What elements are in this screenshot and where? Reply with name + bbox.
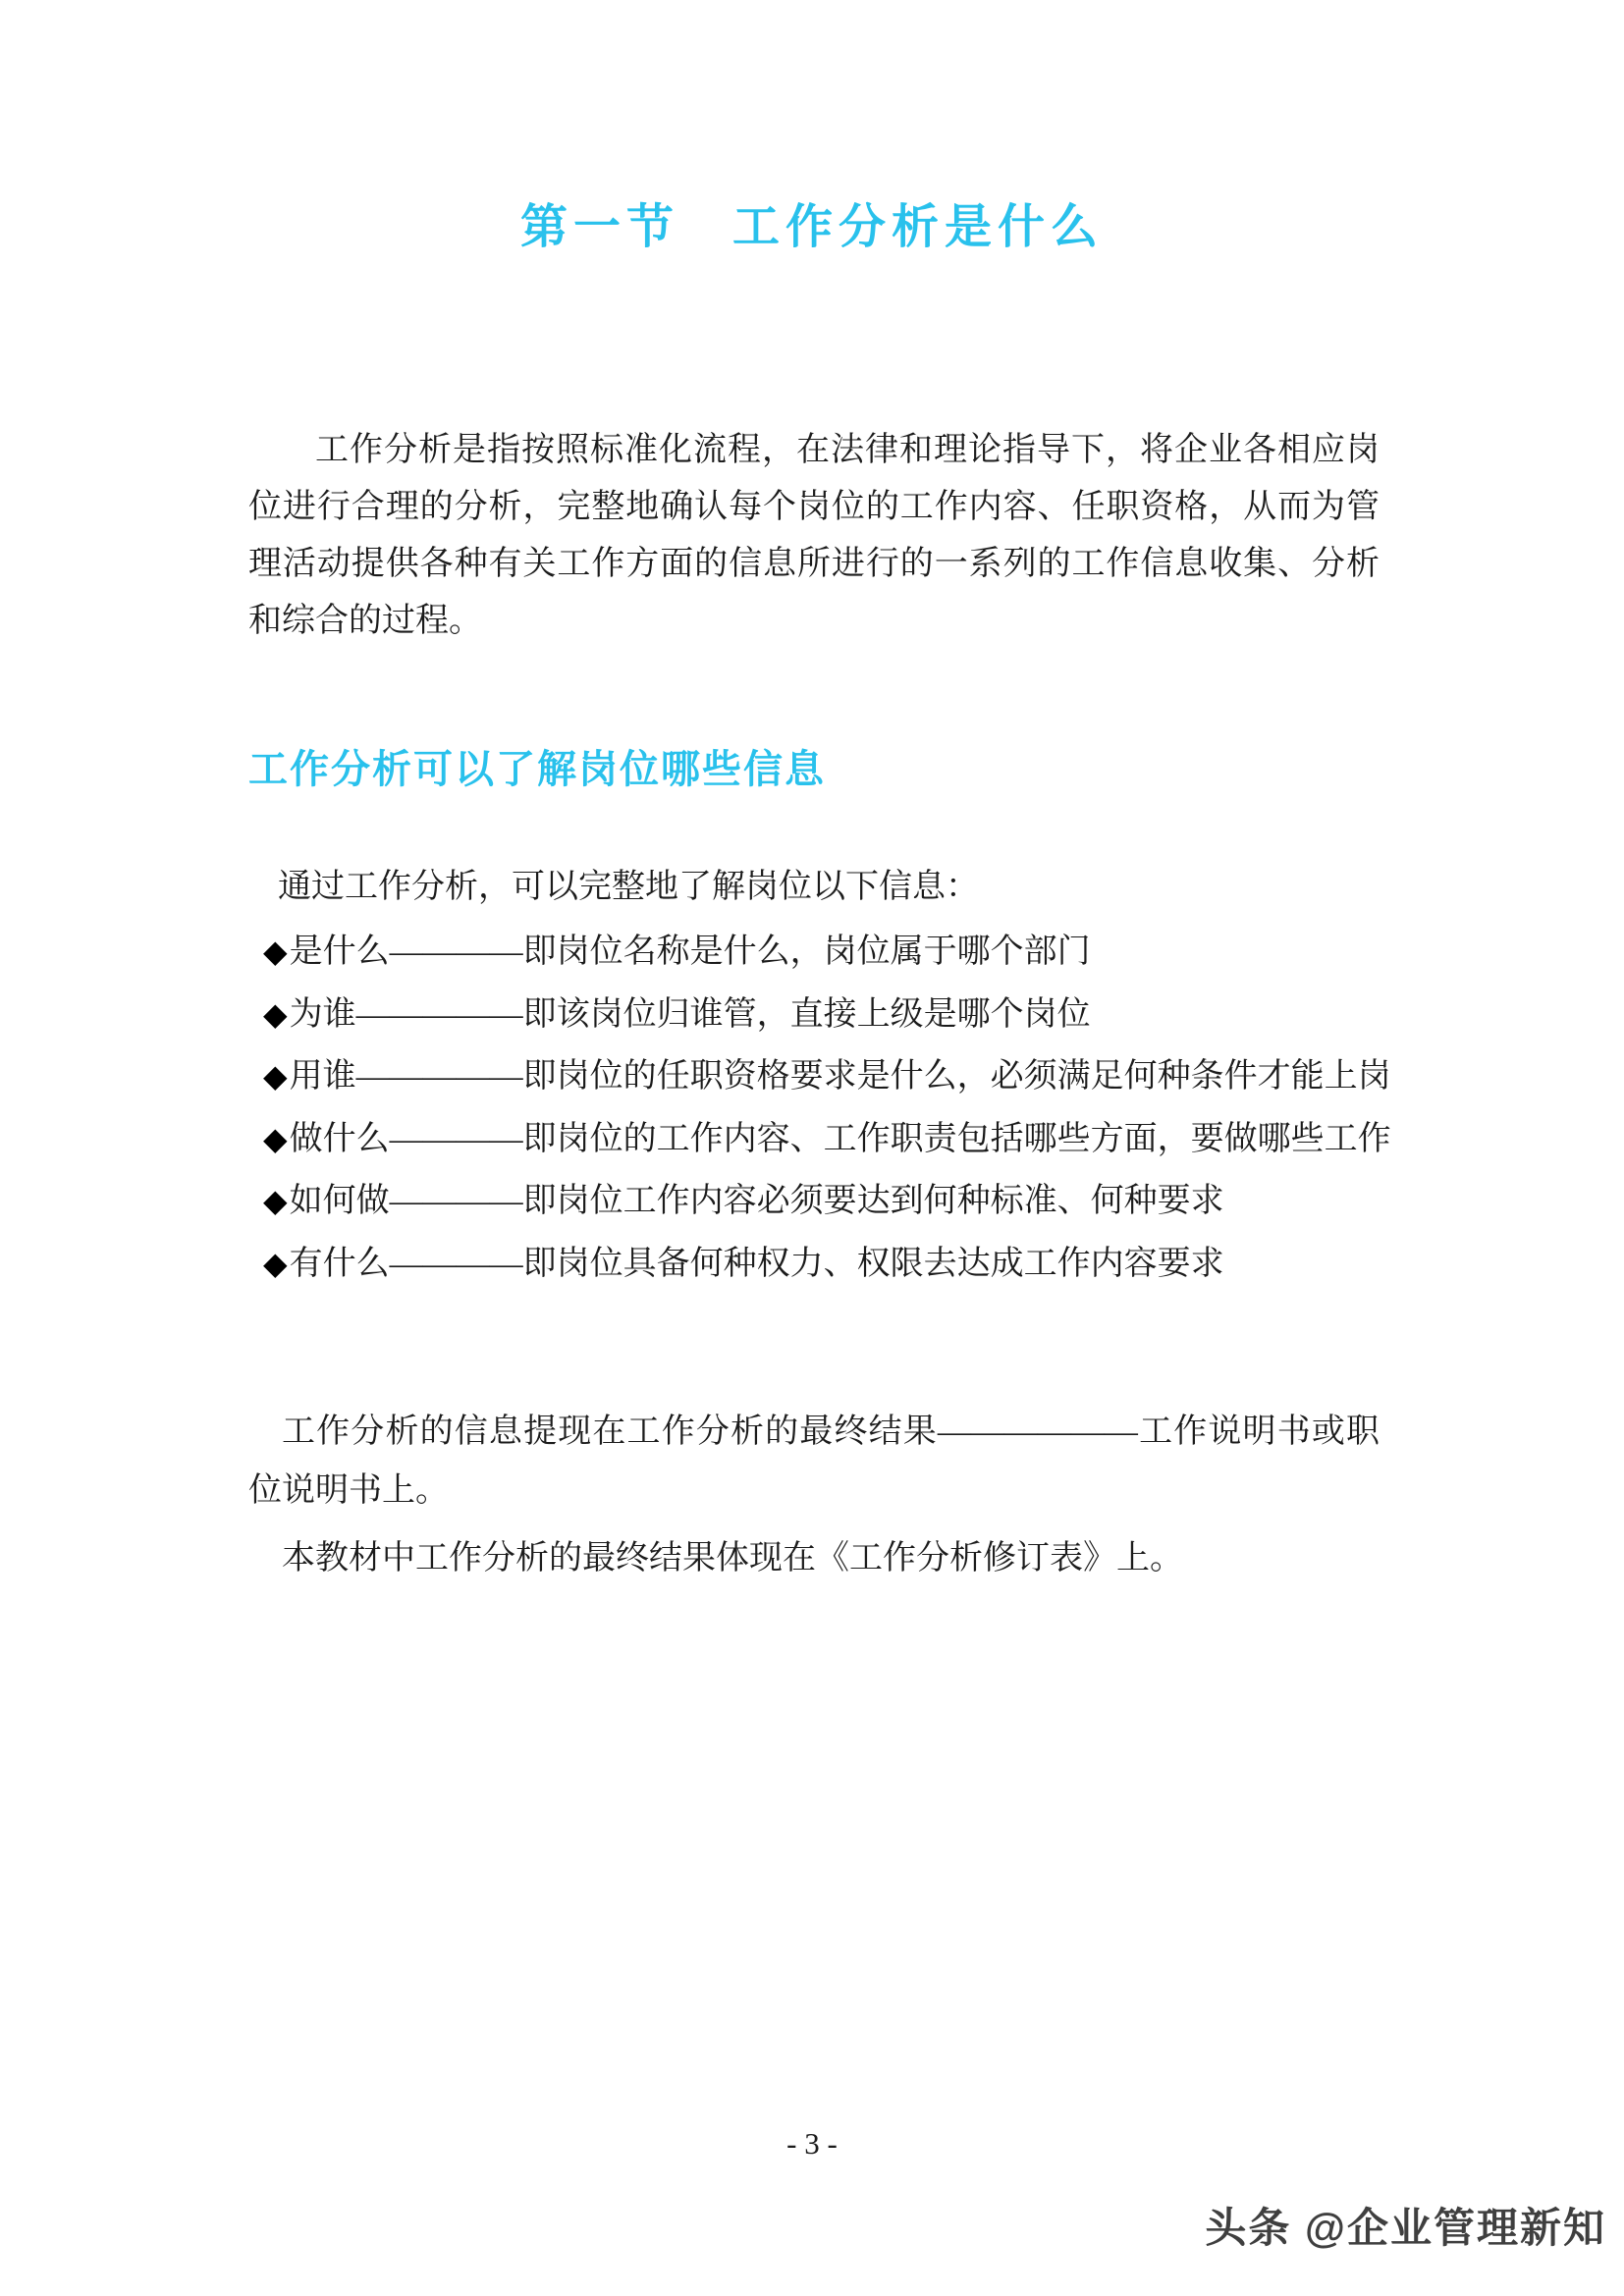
- list-item: ◆做什么————即岗位的工作内容、工作职责包括哪些方面，要做哪些工作: [263, 1108, 1441, 1171]
- document-page: 第一节 工作分析是什么 工作分析是指按照标准化流程，在法律和理论指导下，将企业各…: [0, 0, 1624, 2296]
- list-item: ◆有什么————即岗位具备何种权力、权限去达成工作内容要求: [263, 1233, 1441, 1296]
- diamond-bullet-icon: ◆: [263, 1045, 288, 1108]
- closing-paragraph-1: 工作分析的信息提现在工作分析的最终结果——————工作说明书或职位说明书上。: [248, 1403, 1380, 1521]
- bullet-list: ◆是什么————即岗位名称是什么，岗位属于哪个部门 ◆为谁—————即该岗位归谁…: [263, 921, 1441, 1295]
- list-item: ◆是什么————即岗位名称是什么，岗位属于哪个部门: [263, 921, 1441, 984]
- diamond-bullet-icon: ◆: [263, 1170, 288, 1233]
- watermark: 头条 @企业管理新知: [1205, 2206, 1606, 2251]
- bullet-text: 为谁—————即该岗位归谁管，直接上级是哪个岗位: [290, 996, 1091, 1033]
- bullet-text: 用谁—————即岗位的任职资格要求是什么，必须满足何种条件才能上岗: [290, 1058, 1391, 1095]
- bullet-text: 有什么————即岗位具备何种权力、权限去达成工作内容要求: [290, 1246, 1224, 1282]
- bullet-text: 如何做————即岗位工作内容必须要达到何种标准、何种要求: [290, 1183, 1224, 1219]
- diamond-bullet-icon: ◆: [263, 1108, 288, 1171]
- bullet-text: 做什么————即岗位的工作内容、工作职责包括哪些方面，要做哪些工作: [290, 1121, 1391, 1157]
- list-item: ◆为谁—————即该岗位归谁管，直接上级是哪个岗位: [263, 984, 1441, 1046]
- bullet-text: 是什么————即岗位名称是什么，岗位属于哪个部门: [290, 934, 1091, 970]
- diamond-bullet-icon: ◆: [263, 1233, 288, 1296]
- list-item: ◆用谁—————即岗位的任职资格要求是什么，必须满足何种条件才能上岗: [263, 1045, 1441, 1108]
- list-item: ◆如何做————即岗位工作内容必须要达到何种标准、何种要求: [263, 1170, 1441, 1233]
- diamond-bullet-icon: ◆: [263, 984, 288, 1046]
- section-lead: 通过工作分析，可以完整地了解岗位以下信息：: [278, 866, 979, 909]
- closing-paragraph-2: 本教材中工作分析的最终结果体现在《工作分析修订表》上。: [248, 1529, 1380, 1588]
- diamond-bullet-icon: ◆: [263, 921, 288, 984]
- section-heading: 工作分析可以了解岗位哪些信息: [248, 746, 826, 793]
- page-number: - 3 -: [0, 2125, 1624, 2162]
- intro-paragraph: 工作分析是指按照标准化流程，在法律和理论指导下，将企业各相应岗位进行合理的分析，…: [248, 422, 1380, 650]
- page-title: 第一节 工作分析是什么: [0, 199, 1624, 256]
